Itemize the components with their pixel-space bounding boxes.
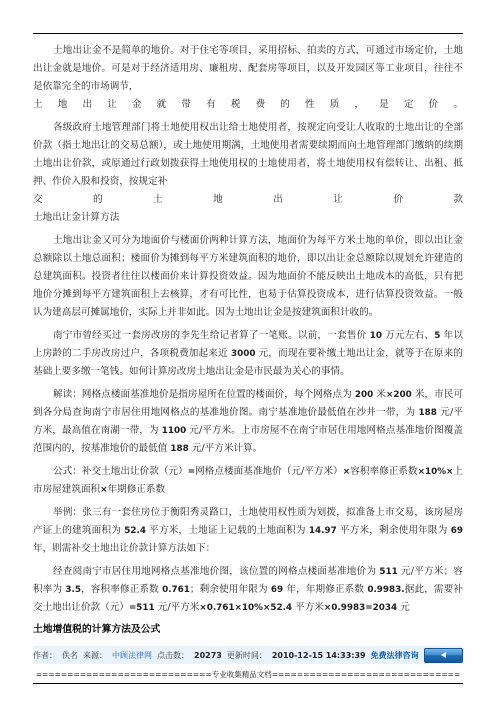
watermark-banner-bottom: ============================专业收集精品文档====…	[33, 670, 463, 680]
paragraph-definition-last-line: 交的土地出让价款	[33, 191, 463, 209]
paragraph-intro-last-line: 土地出让金就带有税费的性质，是定价。	[33, 96, 463, 114]
article-info-bar: 作者：佚名 来源：中顾法律网 点击数：20273 更新时间：2010-12-15…	[33, 646, 463, 664]
clicks-value: 20273	[194, 651, 222, 660]
paragraph-case-calculation: 经查阅南宁市居住用地网格点基准地价图，该位置的网格点楼面基准地价为 511 元/…	[33, 563, 463, 617]
source-link[interactable]: 中顾法律网	[112, 650, 152, 661]
document-body: 土地出让金不是简单的地价。对于住宅等项目，采用招标、拍卖的方式，可通过市场定价，…	[33, 42, 463, 664]
paragraph-nanning-example: 南宁市曾经买过一套房改房的李先生给记者算了一笔账。以前，一套售价 10 万元左右…	[33, 327, 463, 381]
consult-button[interactable]	[424, 648, 463, 663]
arrow-left-icon	[441, 652, 446, 658]
page-footer: ============================专业收集精品文档====…	[33, 664, 463, 684]
document-page: 个人收集了温度哦精品文档供大家学习 ======================…	[0, 0, 496, 702]
paragraph-intro: 土地出让金不是简单的地价。对于住宅等项目，采用招标、拍卖的方式，可通过市场定价，…	[33, 42, 463, 96]
updated-label: 更新时间：	[227, 650, 267, 661]
paragraph-floor-vs-ground-price: 土地出让金又可分为地面价与楼面价两种计算方法，地面价为每平方米土地的单价，即以出…	[33, 232, 463, 322]
subheading-calculation-method: 土地出让金计算方法	[33, 209, 463, 227]
source-label: 来源：	[83, 650, 107, 661]
paragraph-definition: 各级政府土地管理部门将土地使用权出让给土地使用者，按规定向受让人收取的土地出让的…	[33, 119, 463, 191]
section-heading-land-value-tax: 土地增值税的计算方法及公式	[33, 622, 463, 638]
bottom-divider-line	[33, 683, 463, 684]
clicks-label: 点击数：	[157, 650, 189, 661]
paragraph-grid-point-explanation: 解读：网格点楼面基准地价是指房屋所在位置的楼面价，每个网格点为 200 米×20…	[33, 386, 463, 458]
paragraph-formula: 公式：补交土地出让价款（元）=网格点楼面基准地价（元/平方米）×容积率修正系数×…	[33, 463, 463, 499]
author-label: 作者：	[33, 650, 57, 661]
top-divider-line	[33, 33, 463, 34]
paragraph-case-zhangsan: 举例：张三有一套住房位于衡阳秀灵路口，土地使用权性质为划拨，拟准备上市交易，该房…	[33, 504, 463, 558]
free-legal-consult-link[interactable]: 免费法律咨询	[371, 650, 419, 661]
updated-value: 2010-12-15 14:33:39	[272, 651, 366, 660]
author-value: 佚名	[62, 650, 78, 661]
